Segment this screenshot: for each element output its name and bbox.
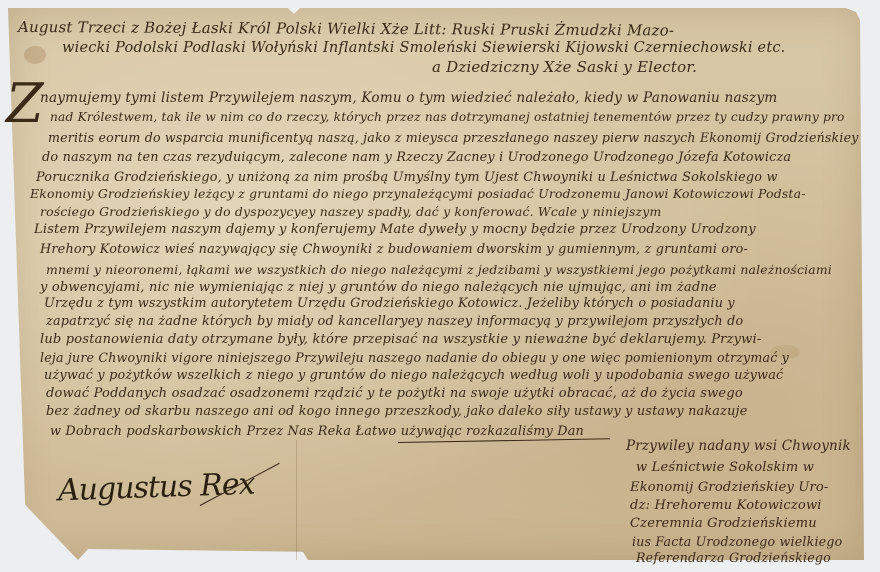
fold-crease xyxy=(296,440,297,560)
body-line: używać y pożytków wszelkich z niego y gr… xyxy=(44,368,783,383)
countersign-line: Referendarza Grodzieńskiego xyxy=(636,550,831,565)
body-line: y obwencyjami, nic nie wymieniając z nie… xyxy=(40,280,717,295)
countersign-line: w Leśnictwie Sokolskim w xyxy=(636,460,814,475)
body-line: lub postanowienia daty otrzymane były, k… xyxy=(40,332,761,347)
body-line: naymujemy tymi listem Przywilejem naszym… xyxy=(40,90,777,106)
countersign-line: Ekonomij Grodzieńskiey Uro- xyxy=(630,480,829,495)
countersign-line: ius Facta Urodzonego wielkiego xyxy=(632,534,842,549)
body-line: zapatrzyć się na żadne których by miały … xyxy=(46,314,743,329)
countersign-line: Przywiley nadany wsi Chwoynik xyxy=(626,438,851,454)
ink-stain xyxy=(24,46,46,64)
body-line: rościego Grodzieńskiego y do dyspozycyey… xyxy=(40,204,661,219)
body-line: leja jure Chwoyniki vigore niniejszego P… xyxy=(40,350,789,365)
body-line: meritis eorum do wsparcia munificentyą n… xyxy=(48,130,859,145)
body-line: Urzędu z tym wszystkim autorytetem Urzęd… xyxy=(44,296,735,311)
body-line: w Dobrach podskarbowskich Przez Nas Reka… xyxy=(50,424,584,439)
body-line: Porucznika Grodzieńskiego, y uniżoną za … xyxy=(36,170,778,185)
header-line-1: August Trzeci z Bożej Łaski Król Polski … xyxy=(18,18,674,39)
header-line-2: wiecki Podolski Podlaski Wołyński Inflan… xyxy=(62,40,785,56)
body-line: nad Królestwem, tak ile w nim co do rzec… xyxy=(50,110,845,124)
decorated-initial: Z xyxy=(6,72,44,135)
countersign-line: dz: Hrehoremu Kotowiczowi xyxy=(630,498,822,513)
body-line: dować Poddanych osadzać osadzonemi rządz… xyxy=(46,386,743,401)
body-line: mnemi y nieoronemi, łąkami we wszystkich… xyxy=(46,262,832,277)
header-line-3: a Dziedziczny Xże Saski y Elector. xyxy=(432,58,697,76)
body-line: do naszym na ten czas rezyduiącym, zalec… xyxy=(42,150,791,165)
body-line: Hrehory Kotowicz wieś nazywający się Chw… xyxy=(40,242,748,257)
countersign-line: Czeremnia Grodzieńskiemu xyxy=(630,516,817,531)
royal-signature: Augustus Rex xyxy=(57,467,255,509)
body-line: bez żadney od skarbu naszego ani od kogo… xyxy=(46,404,747,419)
body-line: Listem Przywilejem naszym dajemy y konfe… xyxy=(34,222,756,237)
body-line: Ekonomiy Grodzieńskiey leżący z gruntami… xyxy=(30,186,806,201)
